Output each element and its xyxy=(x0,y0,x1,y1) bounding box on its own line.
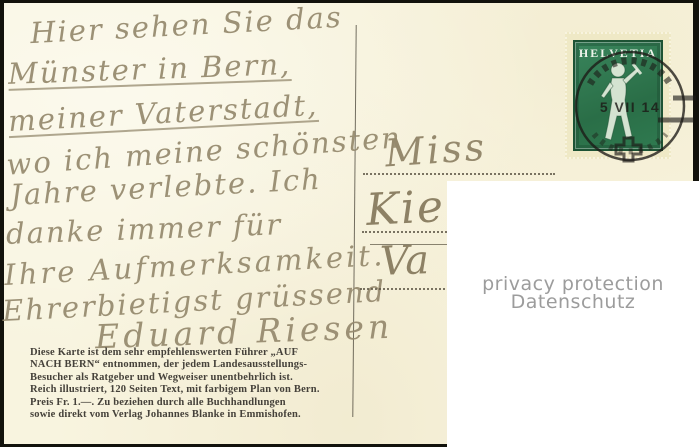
postcard-scan: Hier sehen Sie das Münster in Bern, mein… xyxy=(0,0,699,447)
privacy-overlay: privacy protection Datenschutz xyxy=(447,181,699,447)
imprint-block: Diese Karte ist dem sehr empfehlenswerte… xyxy=(30,347,370,421)
imprint-line: NACH BERN“ entnommen, der jedem Landesau… xyxy=(30,359,370,371)
imprint-line: Reich illustriert, 120 Seiten Text, mit … xyxy=(30,384,370,396)
postmark: 5 VII 14 xyxy=(560,40,699,164)
address-dotted-line xyxy=(363,173,555,175)
postmark-date: 5 VII 14 xyxy=(600,99,660,115)
imprint-line: Diese Karte ist dem sehr empfehlenswerte… xyxy=(30,347,370,359)
imprint-line: sowie direkt vom Verlag Johannes Blanke … xyxy=(30,409,370,421)
privacy-line-de: Datenschutz xyxy=(447,293,699,311)
imprint-line: Besucher als Ratgeber und Wegweiser unen… xyxy=(30,372,370,384)
address-line-1: Miss xyxy=(384,124,489,175)
address-dotted-line xyxy=(360,288,460,290)
imprint-line: Preis Fr. 1.—. Zu beziehen durch alle Bu… xyxy=(30,397,370,409)
address-line-2: Kie xyxy=(365,181,447,236)
privacy-text: privacy protection Datenschutz xyxy=(447,275,699,311)
address-line-3: Va xyxy=(379,237,430,285)
